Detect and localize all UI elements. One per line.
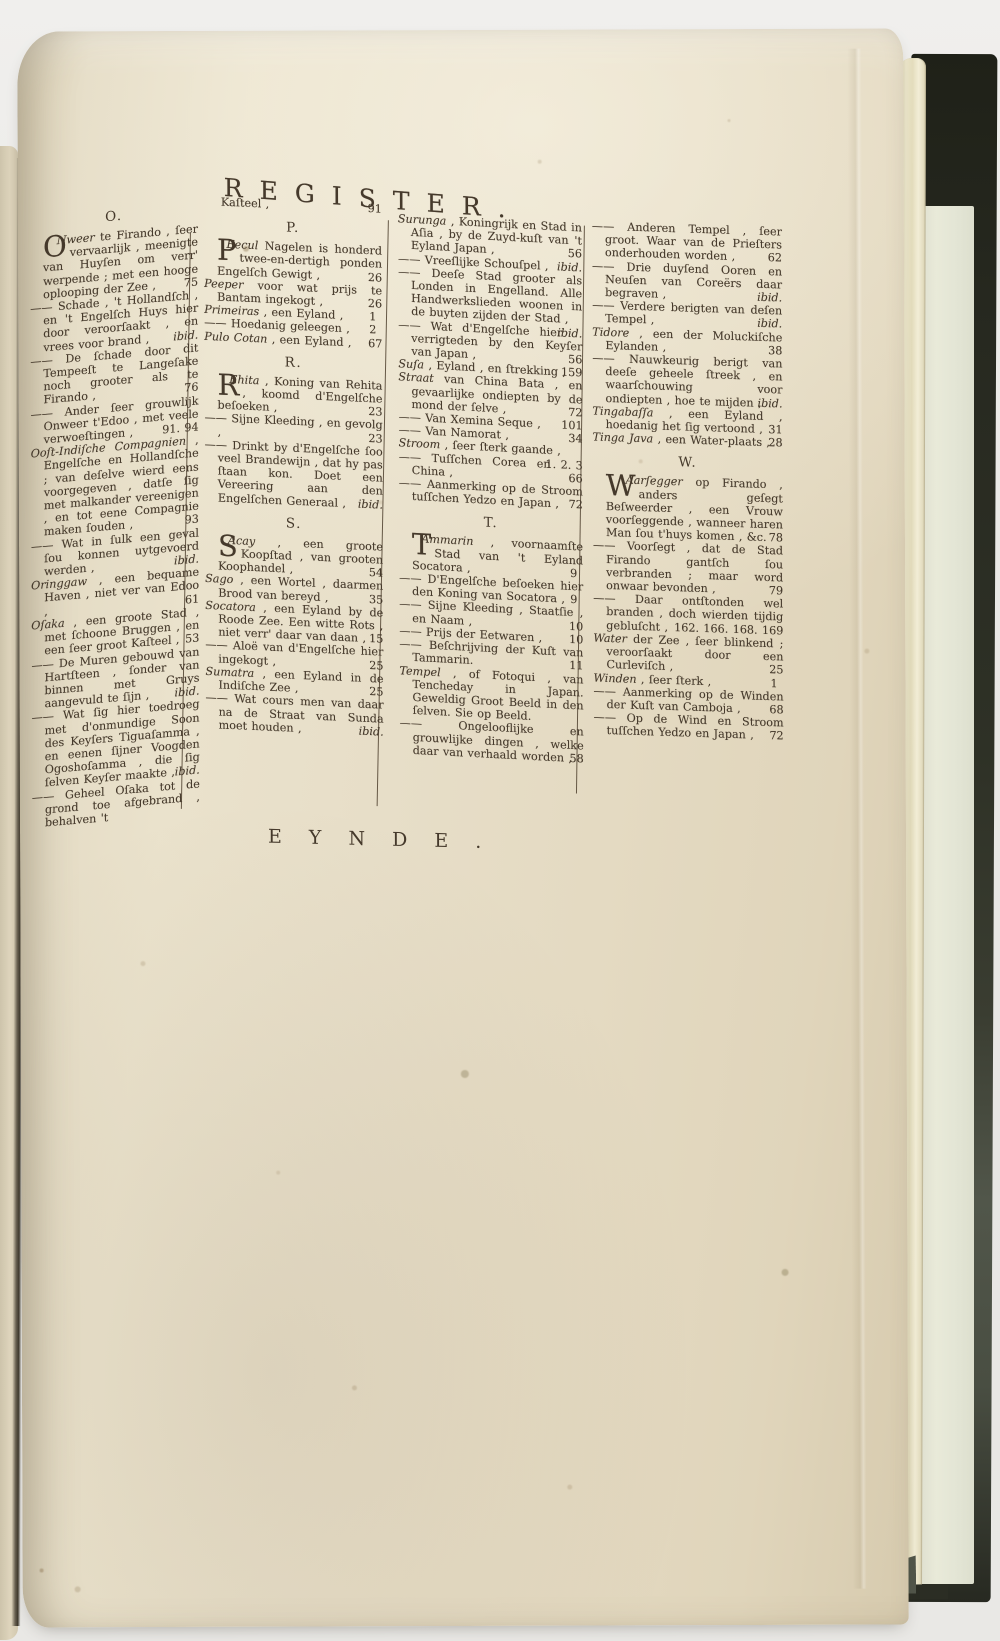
entry-page-number: 15 <box>382 633 383 646</box>
entry-page-number: 10 <box>582 633 583 646</box>
entry-headword: Suſa <box>398 357 424 371</box>
entry-page-number: 101 <box>574 419 582 433</box>
entry-page-number: 67 <box>381 337 382 350</box>
entry-page-number: ibid. <box>187 685 199 699</box>
foxing-spot <box>276 1171 280 1175</box>
entry-page-number: 72 <box>581 406 582 419</box>
entry-headword: Tidore <box>592 325 629 339</box>
foxing-spot <box>140 961 145 966</box>
foxing-spot <box>461 1070 469 1078</box>
entry-page-number: 26 <box>381 271 382 284</box>
page-crease <box>847 49 866 1589</box>
entry-headword: Straat <box>398 371 433 386</box>
foxing-spot <box>40 1568 44 1572</box>
index-entry: Tempel , of Fotoqui , van Tencheday in J… <box>399 664 583 726</box>
entry-page-number: ibid. <box>372 725 384 739</box>
entry-page-number: 54 <box>382 567 383 580</box>
entry-headword: Socatora <box>205 599 256 614</box>
entry-headword: Aarſegger <box>626 474 683 489</box>
index-entry: —— Voorſegt , dat de Stad Firando gantſc… <box>593 539 783 598</box>
foxing-spot <box>75 1586 81 1592</box>
entry-page-number: 72 <box>582 499 583 512</box>
index-column-1: O.ONweer te Firando , ſeer vervaarlijk ,… <box>30 193 200 830</box>
entry-page-number: ibid. <box>770 397 782 411</box>
entry-headword: Eecul <box>226 238 258 252</box>
entry-headword: Surunga <box>398 212 447 227</box>
entry-page-number: 61 <box>198 592 199 605</box>
entry-page-number: 58 <box>582 752 583 765</box>
entry-page-number: 23 <box>381 432 382 445</box>
entry-page-number: 31 <box>781 424 782 437</box>
index-entry: —— Nauwkeurig berigt van deeſe geheele ſ… <box>592 352 782 411</box>
entry-page-number: ibid. <box>188 764 200 778</box>
entry-headword: Peeper <box>204 277 243 292</box>
entry-page-number: 53 <box>198 632 199 645</box>
finis-text: EYNDE. <box>268 826 508 854</box>
entry-page-number: 1. 2. 3 <box>559 458 583 472</box>
entry-headword: Ammarin <box>421 533 473 549</box>
entry-headword: Pulo Cotan <box>204 330 267 346</box>
entry-page-number: ibid. <box>770 291 782 305</box>
entry-headword: Sago <box>205 572 233 586</box>
index-column-4: —— Anderen Tempel , ſeer groot. Waar van… <box>592 220 784 743</box>
entry-page-number: ibid. <box>371 498 383 512</box>
entry-page-number: 25 <box>782 664 783 677</box>
index-entry: WAarſegger op Firando , anders geſegt Be… <box>593 473 783 545</box>
entry-page-number: ibid. <box>570 327 582 341</box>
index-entry: Ooſt-Indiſche Compagnien , Engelſche en … <box>31 434 199 541</box>
entry-page-number: 56 <box>581 248 582 261</box>
entry-headword: Tempel <box>399 664 440 679</box>
entry-headword: Winden <box>593 671 636 685</box>
entry-page-number: 23 <box>381 406 382 419</box>
index-entry: —— Op de Wind en Stroom tuſſchen Yedzo e… <box>594 711 784 743</box>
entry-headword: Tingabaſſa <box>593 404 654 419</box>
entry-page-number: 76 <box>197 381 198 394</box>
entry-page-number: 68 <box>782 703 783 716</box>
entry-headword: Water <box>593 631 627 645</box>
entry-page-number: 11 <box>582 660 583 673</box>
entry-headword: Oſaka <box>31 617 64 633</box>
main-page: REGISTER. O.ONweer te Firando , ſeer ver… <box>17 28 909 1627</box>
foxing-spot <box>352 1385 357 1390</box>
entry-headword: Nweer <box>57 231 95 247</box>
entry-page-number: ibid. <box>570 261 582 275</box>
entry-page-number: 28 <box>781 437 782 450</box>
entry-page-number: 25 <box>382 686 383 699</box>
entry-page-number: 56 <box>581 354 582 367</box>
entry-headword: Acay <box>228 534 255 548</box>
entry-headword: Ehita <box>229 373 259 387</box>
entry-page-number: 78 <box>782 532 783 545</box>
entry-page-number: 79 <box>782 585 783 598</box>
entry-page-number: ibid. <box>186 328 198 342</box>
entry-page-number: 35 <box>382 593 383 606</box>
foxing-spots <box>17 28 903 31</box>
entry-page-number: 93 <box>198 513 199 526</box>
index-entry: —— Deeſe Stad grooter als Londen in Enge… <box>398 265 582 327</box>
entry-headword: Tinga Java <box>593 431 654 446</box>
entry-page-number: 72 <box>782 730 783 743</box>
foxing-spot <box>567 1485 572 1490</box>
entry-page-number: 26 <box>381 298 382 311</box>
entry-page-number: 38 <box>781 344 782 357</box>
entry-page-number: 91 <box>368 202 382 216</box>
entry-page-number: 34 <box>581 433 582 446</box>
foxing-spot <box>728 119 731 122</box>
index-entry: Water der Zee , ſeer blinkend ; veroorſa… <box>593 631 783 677</box>
entry-headword: Stroom <box>399 437 441 452</box>
entry-page-number: 159 <box>574 366 582 380</box>
entry-page-number: ibid. <box>770 318 782 332</box>
foxing-spot <box>538 160 542 164</box>
entry-page-number: 66 <box>582 472 583 485</box>
entry-page-number: ibid. <box>187 552 199 566</box>
index-entry: —— Ongelooflijke en grouwlijke dingen , … <box>400 717 584 766</box>
foxing-spot <box>782 1269 789 1276</box>
index-entry: —— Daar ontſtonden wel branden , doch wi… <box>593 592 783 638</box>
entry-page-number: 62 <box>781 252 782 265</box>
entry-page-number: 25 <box>382 659 383 672</box>
index-column-2: Kaſteel ,91P.PEecul Nagelen is honderd t… <box>204 195 384 739</box>
entry-headword: Sumatra <box>205 665 254 680</box>
index-column-3: Surunga , Koningrijk en Stad in Aſia , b… <box>398 212 584 765</box>
foxing-spot <box>864 649 869 654</box>
index-entry: —— Drinkt by d'Engelſche ſoo veel Brande… <box>205 438 383 512</box>
entry-page-number: 75 <box>197 275 198 288</box>
entry-page-number: 10 <box>582 620 583 633</box>
index-entry: —— Wat cours men van daar na de Straat v… <box>206 691 384 738</box>
index-entry: —— Drie duyſend Ooren en Neuſen van Core… <box>592 259 782 305</box>
index-entry: —— Anderen Tempel , ſeer groot. Waar van… <box>592 220 782 266</box>
index-entry: —— Wat ſig hier toedroeg met d'onmundige… <box>32 698 200 791</box>
